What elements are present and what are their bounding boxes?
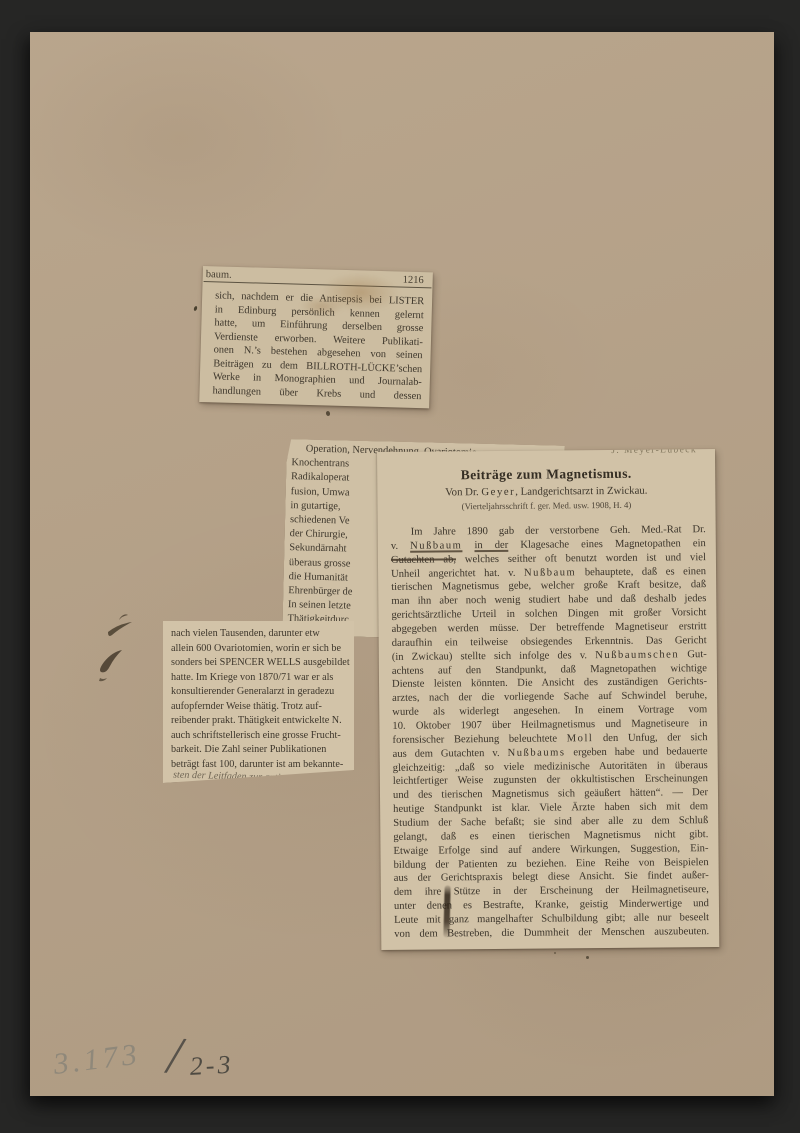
top-clipping-body: sich, nachdem er die Antisepsis bei LIST… (212, 289, 424, 403)
text-line: auch schriftstellerisch eine grosse Fruc… (171, 729, 352, 744)
text-line: barkeit. Die Zahl seiner Publikationen (171, 743, 352, 758)
text-line: aufopfernder Weise thätig. Trotz auf- (171, 700, 352, 715)
text-line: reibender prakt. Thätigkeit entwickelte … (171, 714, 352, 729)
archival-number-slash: / (166, 1026, 184, 1086)
archival-number-main: 3.173 (52, 1038, 143, 1082)
article-source: (Vierteljahrsschrift f. ger. Med. usw. 1… (377, 499, 715, 512)
running-title-fragment: baum. (206, 269, 232, 281)
decorated-text: Moll (567, 733, 594, 744)
ink-speck (554, 952, 556, 954)
clipping-lister: baum. 1216 sich, nachdem er die Antiseps… (199, 266, 433, 408)
column-header: baum. 1216 (204, 266, 432, 288)
decorated-text: Nußbaumschen (595, 649, 679, 661)
page-number: 1216 (403, 275, 424, 287)
archival-number-suffix: 2-3 (189, 1050, 234, 1082)
decorated-text: Gutachten ab, (391, 554, 456, 566)
pencil-scribble-marks (78, 610, 158, 690)
cardboard-page: baum. 1216 sich, nachdem er die Antiseps… (30, 32, 774, 1096)
decorated-text: Nußbaum (524, 567, 576, 578)
archival-number: 3.173 / 2-3 (48, 1027, 252, 1117)
article-title: Beiträge zum Magnetismus. (377, 464, 715, 484)
running-head-text: J. Meyer-Lübeck (611, 449, 697, 456)
clipping-magnetismus: J. Meyer-Lübeck Beiträge zum Magnetismus… (377, 449, 719, 950)
clipping-ovariotomien: nach vielen Tausenden, darunter etwallei… (163, 621, 354, 783)
decorated-text: Nußbaums (508, 747, 566, 759)
article-byline: Von Dr. Geyer, Landgerichtsarzt in Zwick… (377, 484, 715, 500)
cut-running-head: J. Meyer-Lübeck (611, 449, 697, 459)
text-line: sonders bei SPENCER WELLS ausgebildet (171, 656, 352, 671)
decorated-text: Nußbaum (410, 540, 462, 551)
decorated-text: Geyer (481, 486, 515, 498)
text-line: von dem Bestreben, die Dummheit der Mens… (394, 925, 709, 942)
ink-speck (586, 956, 589, 959)
text-line: allein 600 Ovariotomien, worin er sich b… (171, 642, 352, 657)
left-clipping-body: nach vielen Tausenden, darunter etwallei… (171, 627, 352, 772)
main-clipping-body: Im Jahre 1890 gab der verstorbene Geh. M… (391, 523, 710, 942)
text-line: nach vielen Tausenden, darunter etw (171, 627, 352, 642)
ink-speck (325, 411, 330, 417)
ink-speck (193, 306, 198, 312)
text-line: hatte. Im Kriege von 1870/71 war er als (171, 671, 352, 686)
decorated-text: in der (474, 540, 508, 551)
text-line: konsultierender Generalarzt in geradezu (171, 685, 352, 700)
